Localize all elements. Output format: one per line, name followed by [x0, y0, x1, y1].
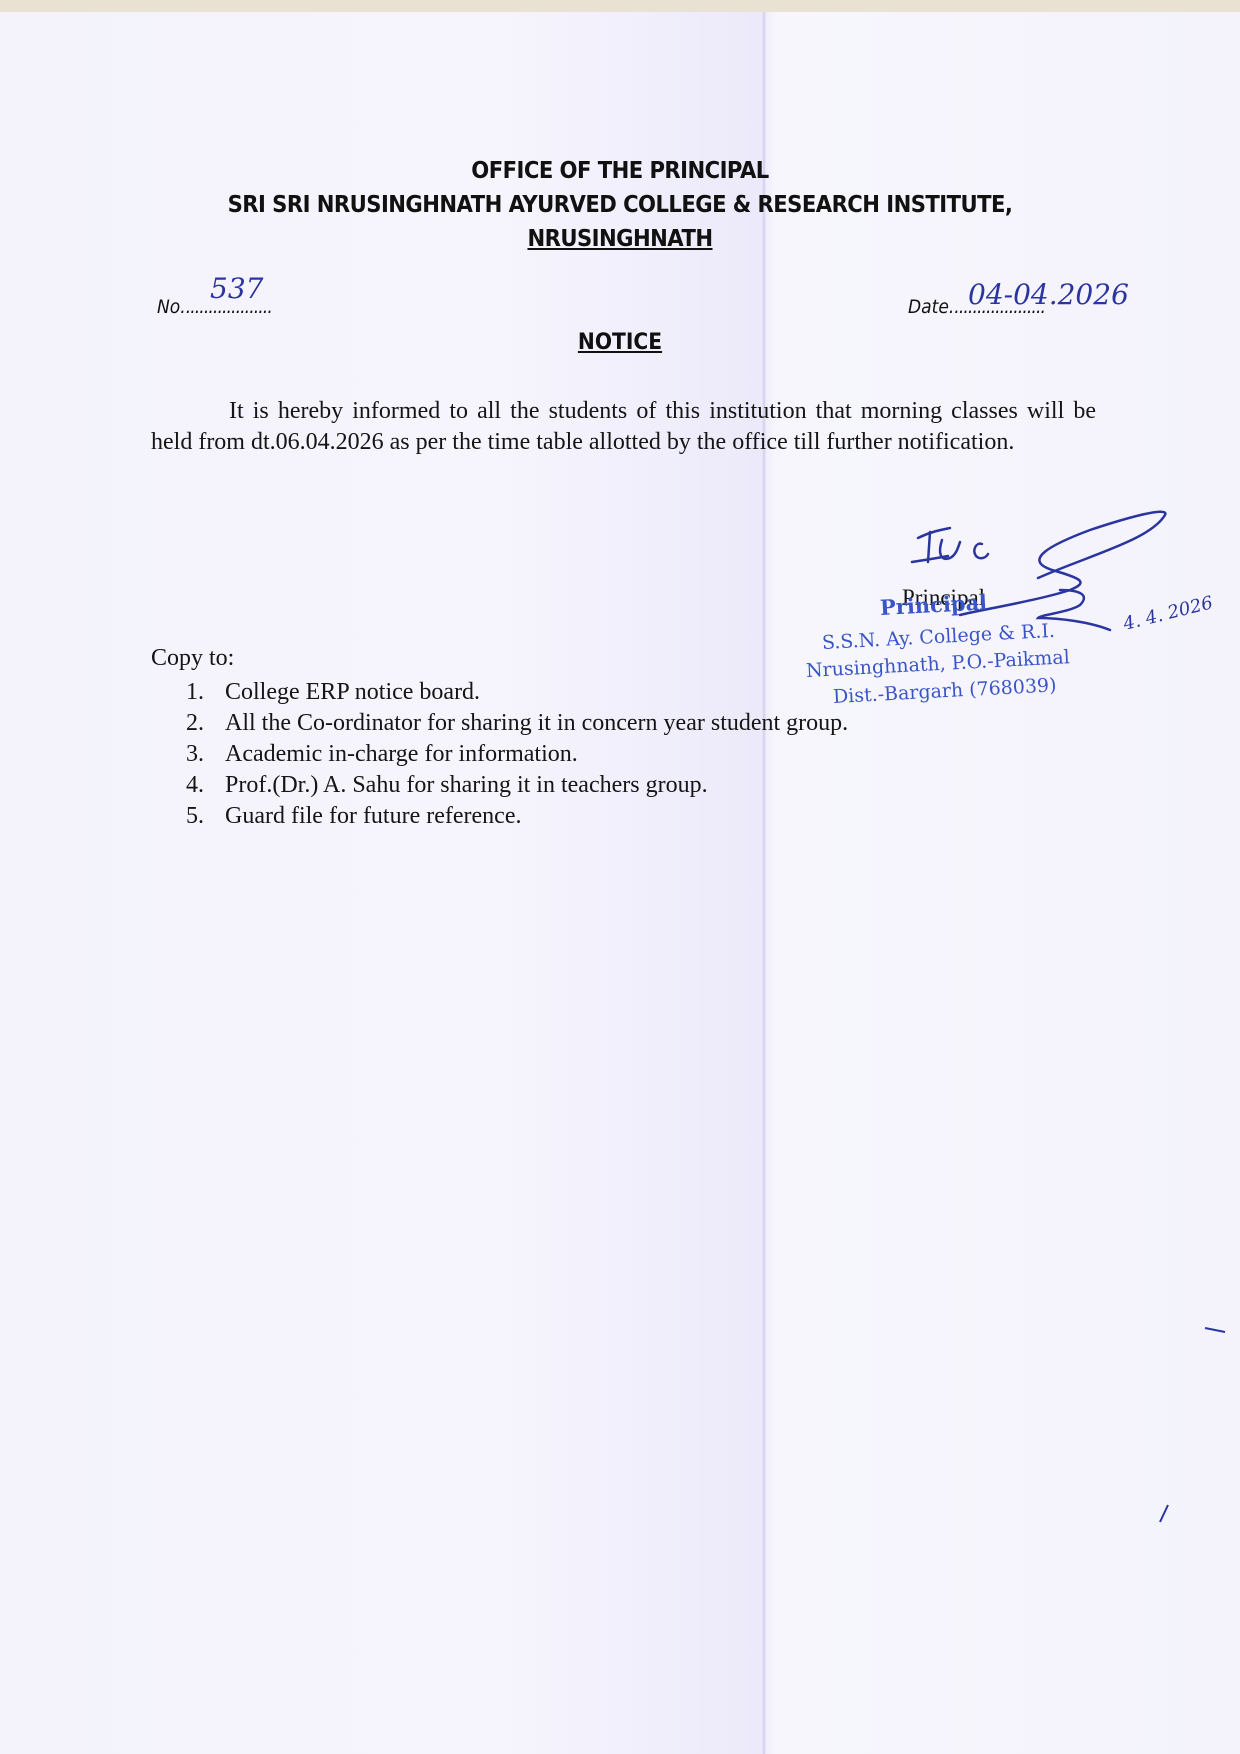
- list-item: 2.All the Co-ordinator for sharing it in…: [186, 708, 848, 739]
- notice-title: NOTICE: [50, 330, 1191, 355]
- letterhead-college: SRI SRI NRUSINGHNATH AYURVED COLLEGE & R…: [50, 192, 1191, 218]
- list-item: 3.Academic in-charge for information.: [186, 739, 848, 770]
- list-item: 1.College ERP notice board.: [186, 677, 848, 708]
- copy-to-list: 1.College ERP notice board. 2.All the Co…: [186, 677, 848, 832]
- copy-to-label: Copy to:: [151, 645, 234, 672]
- no-label: No.: [157, 296, 186, 318]
- scan-edge: [0, 0, 1240, 12]
- list-item: 5.Guard file for future reference.: [186, 801, 848, 832]
- date-label: Date.: [908, 296, 954, 318]
- reference-number-value: 537: [210, 272, 263, 305]
- notice-body: It is hereby informed to all the student…: [151, 396, 1096, 458]
- paper-sheet: [0, 12, 1240, 1754]
- list-item: 4.Prof.(Dr.) A. Sahu for sharing it in t…: [186, 770, 848, 801]
- signature-date: 4. 4. 2026: [1120, 592, 1215, 635]
- letterhead-place: NRUSINGHNATH: [50, 226, 1191, 252]
- paper-fold: [762, 12, 766, 1754]
- reference-date-value: 04-04.2026: [968, 278, 1129, 311]
- letterhead-office: OFFICE OF THE PRINCIPAL: [50, 158, 1191, 184]
- ink-marks: [1150, 1300, 1240, 1600]
